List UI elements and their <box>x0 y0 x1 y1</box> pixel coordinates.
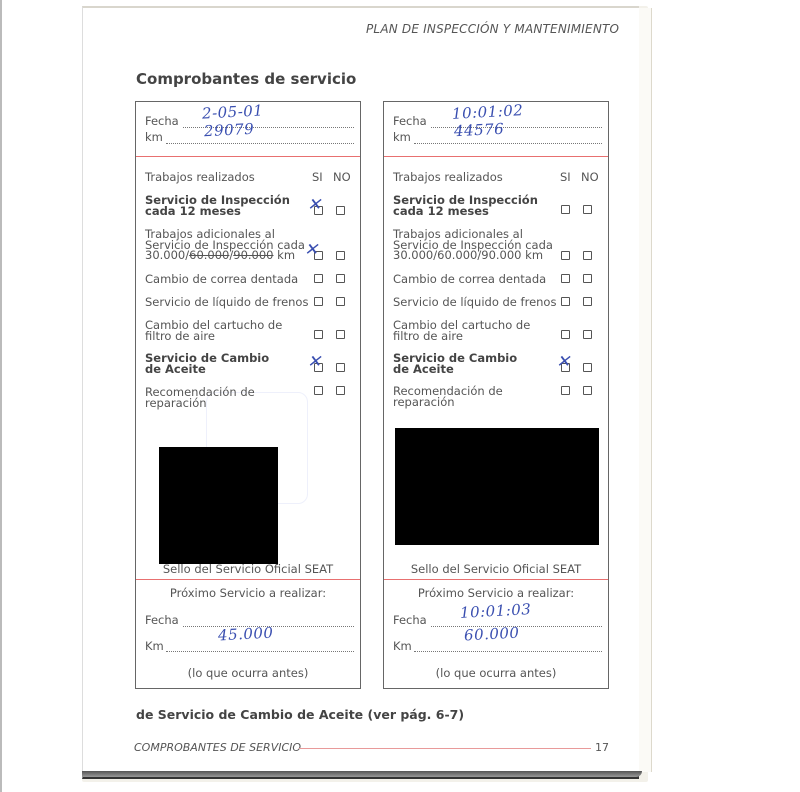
item-correa-dentada: Cambio de correa dentada <box>145 274 315 285</box>
red-divider <box>136 579 360 580</box>
scan-edge <box>0 0 2 792</box>
redacted-stamp <box>395 428 599 545</box>
item-line: 30.000/60.000/90.000 km <box>393 250 583 261</box>
checkbox-no-1[interactable] <box>336 206 345 215</box>
checkbox-si-4[interactable] <box>561 297 570 306</box>
item-inspeccion-12-meses: Servicio de Inspección cada 12 meses <box>393 195 563 216</box>
next-km-dotted-line <box>414 651 602 652</box>
km-value[interactable]: 29079 <box>204 120 255 141</box>
km-label: km <box>145 130 163 144</box>
next-km-dotted-line <box>166 651 354 652</box>
checkbox-no-2[interactable] <box>583 251 592 260</box>
item-recomendacion-reparacion: Recomendación de reparación <box>145 387 315 408</box>
trabajos-header: Trabajos realizados <box>393 170 503 184</box>
trabajos-header: Trabajos realizados <box>145 170 255 184</box>
next-service-title: Próximo Servicio a realizar: <box>384 586 608 600</box>
checkbox-no-4[interactable] <box>583 297 592 306</box>
km-value[interactable]: 44576 <box>454 120 505 141</box>
item-line: cada 12 meses <box>145 206 315 217</box>
bottom-title: de Servicio de Cambio de Aceite (ver pág… <box>136 707 464 722</box>
next-km-label: Km <box>145 639 164 653</box>
item-cambio-aceite: Servicio de Cambio de Aceite <box>145 353 315 374</box>
checkbox-no-3[interactable] <box>583 274 592 283</box>
km-label: km <box>393 130 411 144</box>
checkbox-si-1[interactable] <box>561 205 570 214</box>
checkbox-no-4[interactable] <box>336 297 345 306</box>
km-60000: 60.000 <box>437 248 477 262</box>
km-90000: 90.000 <box>481 248 521 262</box>
checkbox-si-3[interactable] <box>314 274 323 283</box>
next-fecha-label: Fecha <box>145 613 179 627</box>
red-divider <box>384 156 608 157</box>
check-mark-x-icon: ✕ <box>304 240 318 260</box>
next-km-value[interactable]: 45.000 <box>218 624 274 645</box>
checkbox-si-5[interactable] <box>561 330 570 339</box>
item-line: filtro de aire <box>393 331 563 342</box>
next-service-title: Próximo Servicio a realizar: <box>136 586 360 600</box>
checkbox-si-3[interactable] <box>561 274 570 283</box>
checkbox-no-6[interactable] <box>583 363 592 372</box>
item-line: cada 12 meses <box>393 206 563 217</box>
item-filtro-aire: Cambio del cartucho de filtro de aire <box>145 320 315 341</box>
km-unit: km <box>274 248 296 262</box>
checkbox-si-5[interactable] <box>314 330 323 339</box>
checkbox-si-7[interactable] <box>314 386 323 395</box>
footer-label: COMPROBANTES DE SERVICIO <box>134 741 301 754</box>
stamp-label: Sello del Servicio Oficial SEAT <box>384 562 608 576</box>
checkbox-no-5[interactable] <box>583 330 592 339</box>
item-correa-dentada: Cambio de correa dentada <box>393 274 563 285</box>
service-voucher-1: Fecha 2-05-01 km 29079 Trabajos realizad… <box>135 101 361 689</box>
red-divider <box>136 156 360 157</box>
si-header: SI <box>560 170 571 184</box>
footnote: (lo que ocurra antes) <box>136 666 360 680</box>
red-divider <box>384 579 608 580</box>
page-bottom-edge <box>82 771 642 777</box>
section-title: Comprobantes de servicio <box>136 70 356 88</box>
km-30000: 30.000/ <box>145 248 189 262</box>
item-line: filtro de aire <box>145 331 315 342</box>
km-60000-struck: 60.000 <box>189 248 229 262</box>
checkbox-no-3[interactable] <box>336 274 345 283</box>
checkbox-si-2[interactable] <box>561 251 570 260</box>
checkbox-no-7[interactable] <box>583 386 592 395</box>
no-header: NO <box>581 170 599 184</box>
fecha-label: Fecha <box>145 114 179 128</box>
checkbox-no-5[interactable] <box>336 330 345 339</box>
fecha-value[interactable]: 2-05-01 <box>202 101 264 122</box>
checkbox-no-2[interactable] <box>336 251 345 260</box>
item-line: de Aceite <box>393 364 563 375</box>
checkbox-si-7[interactable] <box>561 386 570 395</box>
next-fecha-label: Fecha <box>393 613 427 627</box>
page-number: 17 <box>595 741 609 754</box>
item-recomendacion-reparacion: Recomendación de reparación <box>393 386 563 407</box>
checkbox-si-4[interactable] <box>314 297 323 306</box>
redacted-stamp <box>159 447 278 564</box>
checkbox-no-1[interactable] <box>583 205 592 214</box>
km-30000: 30.000/ <box>393 248 437 262</box>
next-fecha-value[interactable]: 10:01:03 <box>460 600 532 622</box>
check-mark-x-icon: ✕ <box>307 195 321 215</box>
item-liquido-frenos: Servicio de líquido de frenos <box>393 297 563 308</box>
checkbox-no-7[interactable] <box>336 386 345 395</box>
item-trabajos-adicionales: Trabajos adicionales al Servicio de Insp… <box>393 229 583 261</box>
footer-rule <box>299 748 591 749</box>
km-unit: km <box>522 248 544 262</box>
checkbox-no-6[interactable] <box>336 363 345 372</box>
service-voucher-2: Fecha 10:01:02 km 44576 Trabajos realiza… <box>383 101 609 689</box>
item-cambio-aceite: Servicio de Cambio de Aceite <box>393 353 563 374</box>
next-km-label: Km <box>393 639 412 653</box>
running-head: PLAN DE INSPECCIÓN Y MANTENIMIENTO <box>366 22 619 36</box>
check-mark-x-icon: ✕ <box>556 352 570 372</box>
item-line: de Aceite <box>145 364 315 375</box>
no-header: NO <box>333 170 351 184</box>
item-filtro-aire: Cambio del cartucho de filtro de aire <box>393 320 563 341</box>
item-inspeccion-12-meses: Servicio de Inspección cada 12 meses <box>145 195 315 216</box>
km-dotted-line <box>414 143 602 144</box>
check-mark-x-icon: ✕ <box>307 352 321 372</box>
km-90000-struck: 90.000 <box>233 248 273 262</box>
si-header: SI <box>312 170 323 184</box>
footnote: (lo que ocurra antes) <box>384 666 608 680</box>
next-km-value[interactable]: 60.000 <box>464 624 520 645</box>
km-dotted-line <box>166 143 354 144</box>
item-liquido-frenos: Servicio de líquido de frenos <box>145 297 315 308</box>
stamp-label: Sello del Servicio Oficial SEAT <box>136 562 360 576</box>
fecha-label: Fecha <box>393 114 427 128</box>
